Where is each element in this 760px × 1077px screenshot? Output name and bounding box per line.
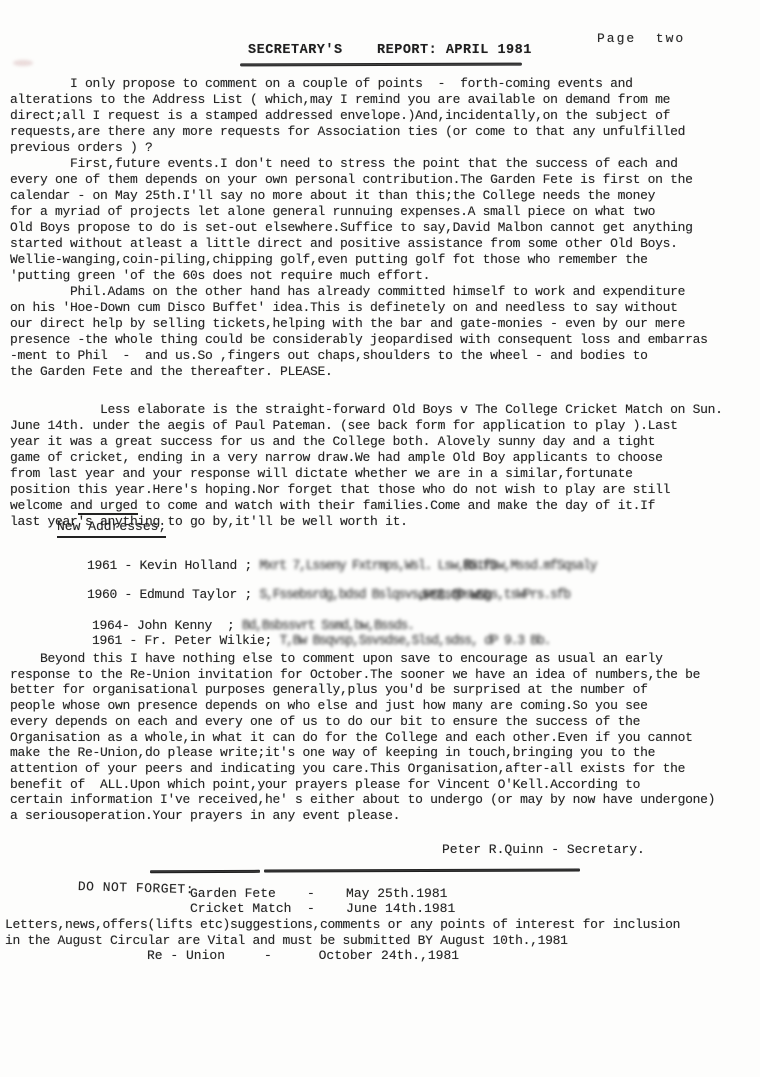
paragraph-reunion: Beyond this I have nothing else to comme… xyxy=(10,651,715,824)
letters-deadline-line2: in the August Circular are Vital and mus… xyxy=(5,933,568,948)
address-label: 1961 - Fr. Peter Wilkie; xyxy=(92,633,280,648)
signature-line: Peter R.Quinn - Secretary. xyxy=(442,842,645,857)
page-title: SECRETARY'S REPORT: APRIL 1981 xyxy=(248,43,532,58)
letters-deadline-line1: Letters,news,offers(lifts etc)suggestion… xyxy=(5,917,680,932)
footer-rule-segment-left xyxy=(150,870,260,873)
paragraph-cricket-text-before: Less elaborate is the straight-forward O… xyxy=(10,402,723,513)
address-label: 1960 - Edmund Taylor ; xyxy=(87,587,260,602)
redacted-address-scribble: S,Fssebsrdg,bdsd Bslqsvs,wrtsqbswsgs,tsW… xyxy=(260,587,570,603)
scan-smudge xyxy=(13,60,33,66)
page-number: Page two xyxy=(597,31,685,46)
reminder-cricket-match: Cricket Match - June 14th.1981 xyxy=(190,901,455,916)
reminder-reunion: Re - Union - October 24th.,1981 xyxy=(147,948,459,963)
title-underline-rule xyxy=(240,63,522,67)
new-addresses-heading-text: New Addresses; xyxy=(57,519,166,538)
new-addresses-heading: New Addresses; xyxy=(57,519,166,538)
underlined-phrase-and-urged: nd urged xyxy=(78,498,138,515)
footer-rule-segment-right xyxy=(264,868,580,872)
redacted-address-scribble: Mxrt 7,Lsseny Fxtrmps,Wsl. Lsw,Rxtrsw,Ms… xyxy=(260,558,597,574)
redacted-address-scribble-wrap: BS.fD xyxy=(463,558,496,574)
address-label: 1961 - Kevin Holland ; xyxy=(87,558,260,573)
scanned-report-page: Page two SECRETARY'S REPORT: APRIL 1981 … xyxy=(0,0,760,1077)
reminder-garden-fete: Garden Fete - May 25th.1981 xyxy=(190,886,447,901)
redacted-address-scribble-wrap: dPSB.fP WSb xyxy=(418,588,491,604)
redacted-address-scribble: T,Bw Bsqvsp,Ssvsdse,Slsd,sdss, dP 9.3 Bb… xyxy=(280,633,551,649)
do-not-forget-label: DO NOT FORGET: xyxy=(78,879,195,897)
paragraph-forthcoming-events: I only propose to comment on a couple of… xyxy=(10,76,708,380)
